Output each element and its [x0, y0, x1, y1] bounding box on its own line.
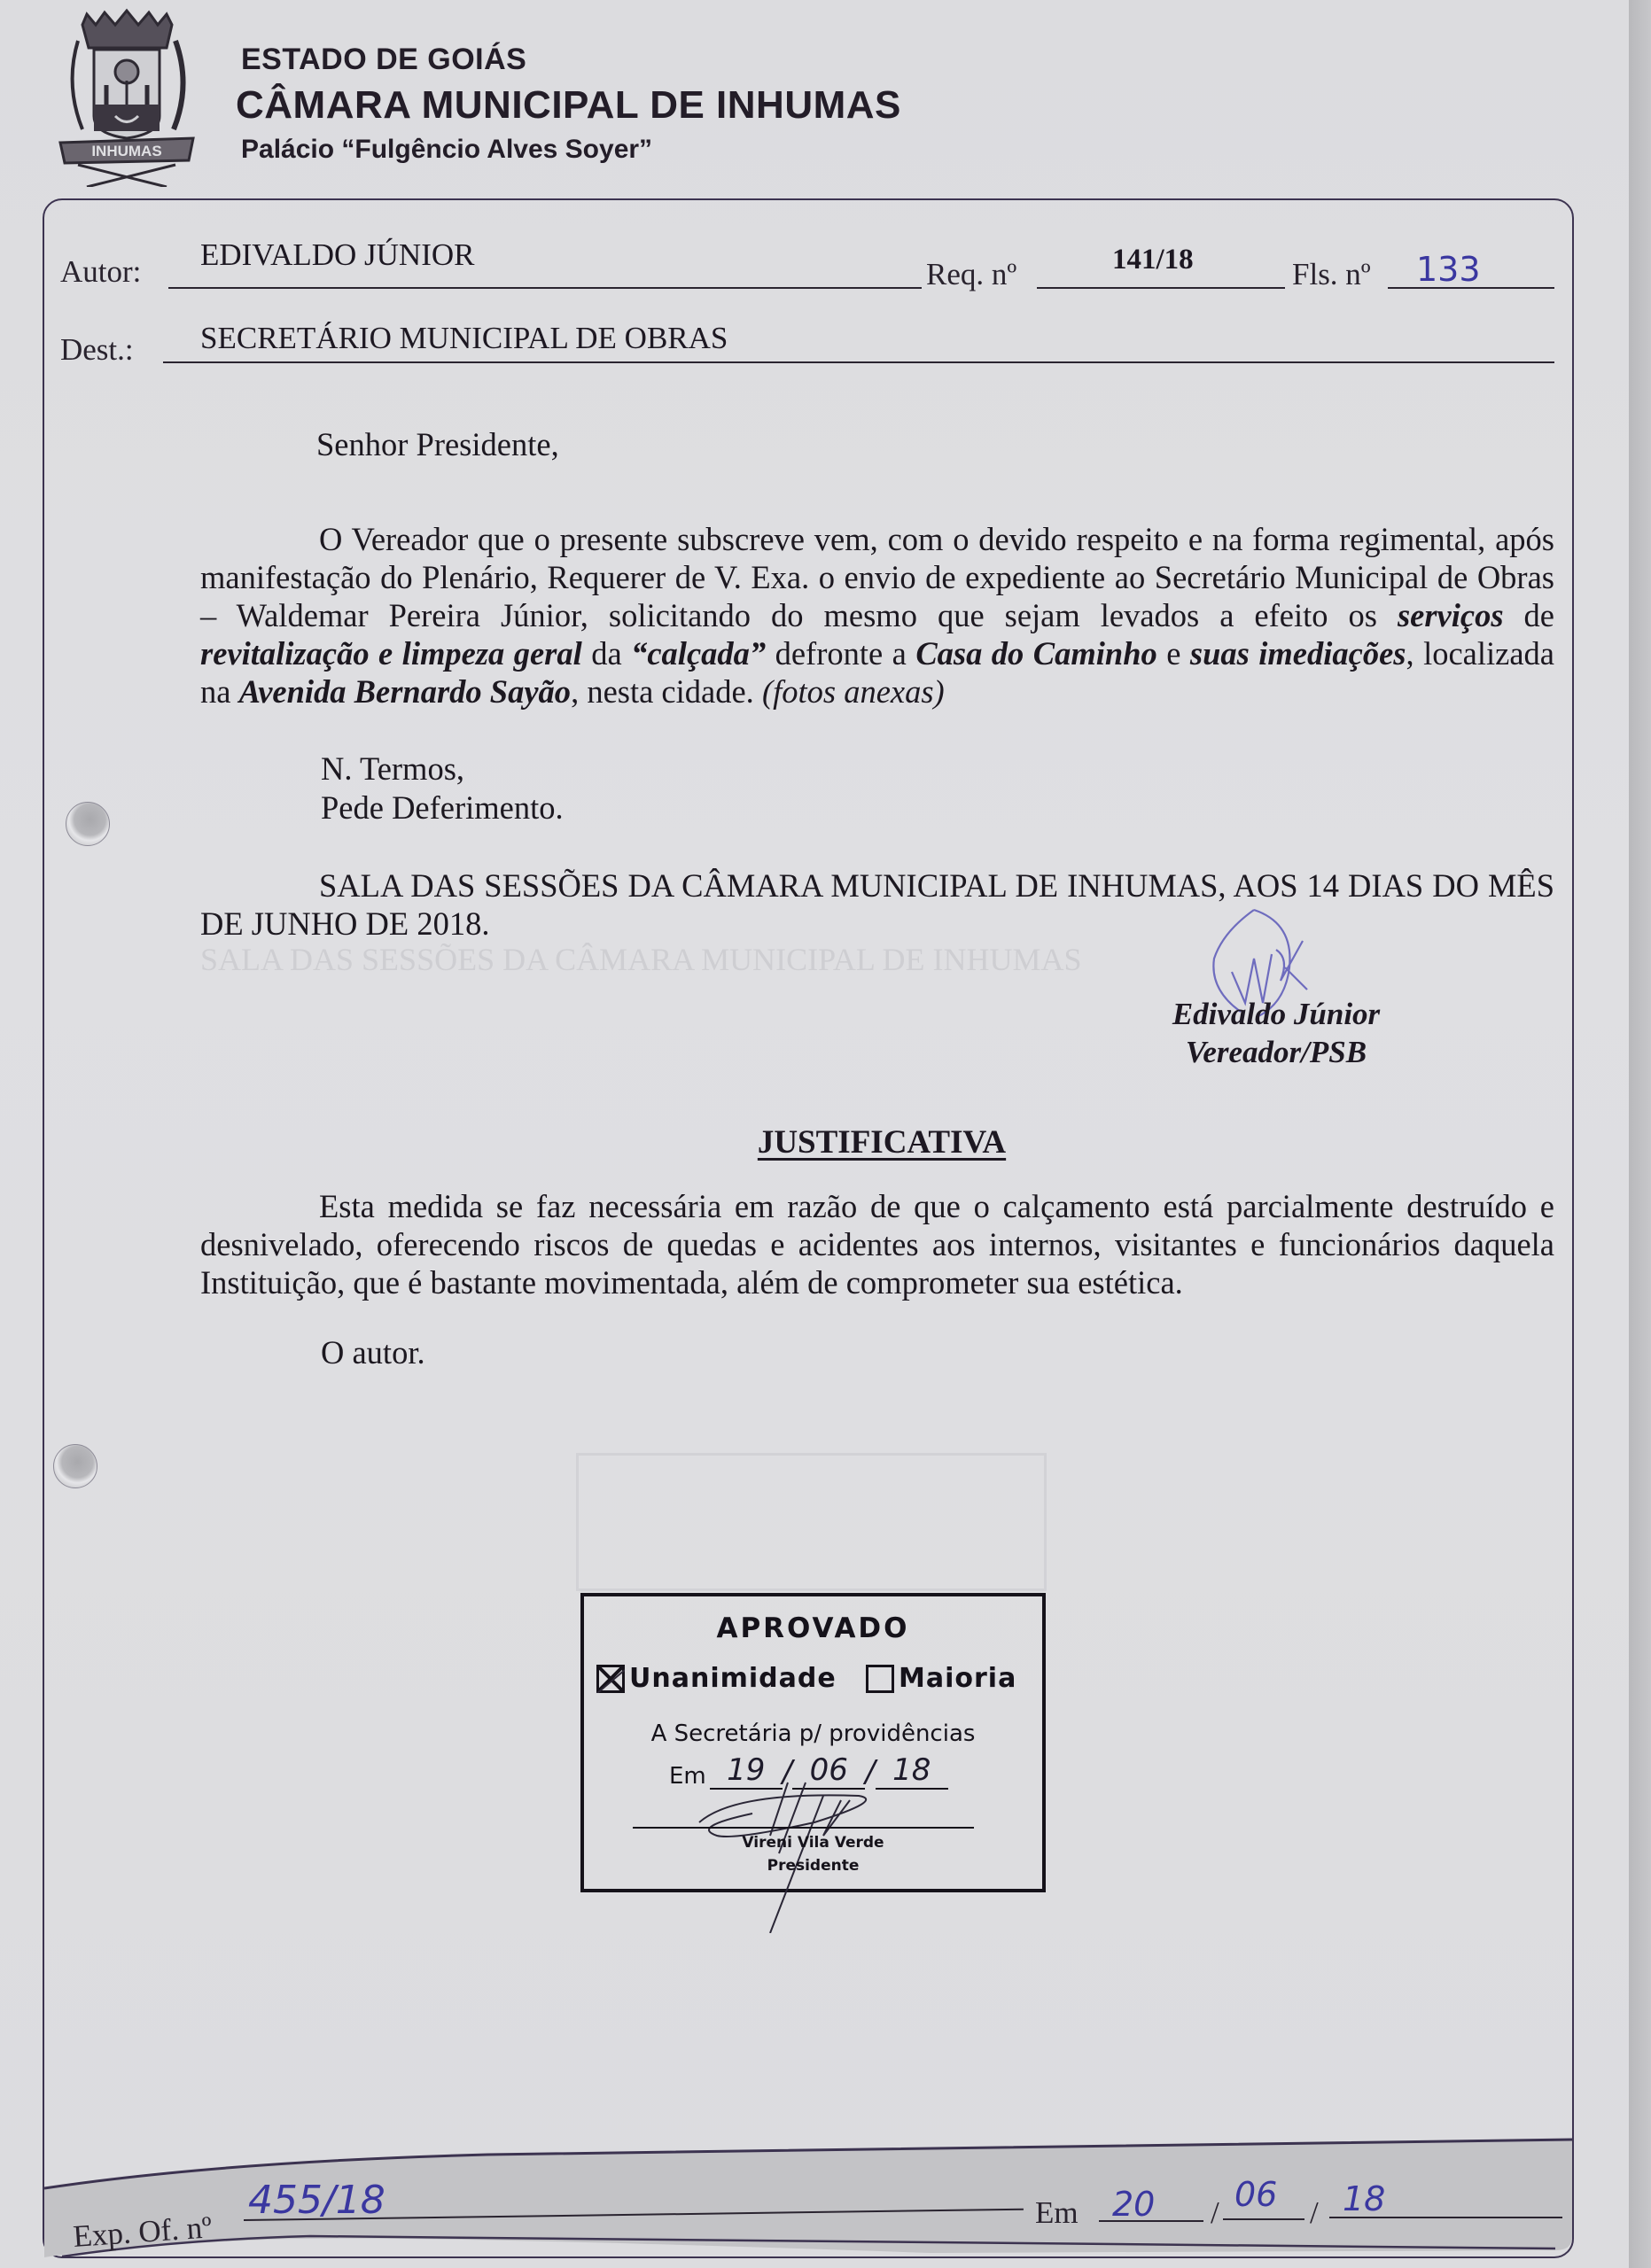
forward-instruction: A Secretária p/ providências: [584, 1720, 1042, 1747]
paragraph-run: O Vereador que o presente subscreve vem,…: [200, 521, 1554, 633]
dest-field-line: [163, 361, 1554, 363]
paragraph-run: “calçada”: [631, 635, 766, 672]
place-and-date: SALA DAS SESSÕES DA CÂMARA MUNICIPAL DE …: [200, 866, 1554, 943]
author-label: Autor:: [60, 254, 141, 290]
dest-value: SECRETÁRIO MUNICIPAL DE OBRAS: [200, 321, 728, 356]
majority-checkbox[interactable]: [866, 1665, 894, 1693]
footer-date-day: 20: [1112, 2185, 1155, 2224]
justification-title: JUSTIFICATIVA: [0, 1123, 1651, 1161]
paragraph-run: suas imediações: [1190, 635, 1406, 672]
paragraph-run: e: [1157, 635, 1190, 672]
fls-label: Fls. nº: [1292, 257, 1371, 292]
exp-value: 455/18: [248, 2178, 385, 2223]
closing-terms: N. Termos,: [321, 750, 464, 788]
author-note: O autor.: [321, 1333, 425, 1371]
request-paragraph: O Vereador que o presente subscreve vem,…: [200, 520, 1554, 711]
chamber-name: CÂMARA MUNICIPAL DE INHUMAS: [236, 83, 901, 128]
closing-request: Pede Deferimento.: [321, 788, 564, 827]
majority-option[interactable]: Maioria: [866, 1663, 1016, 1694]
president-role: Presidente: [584, 1857, 1042, 1875]
fls-value: 133: [1416, 250, 1481, 289]
president-signature: [681, 1774, 912, 1933]
justification-text: Esta medida se faz necessária em razão d…: [200, 1187, 1554, 1301]
footer-month-line: [1223, 2218, 1304, 2220]
salutation: Senhor Presidente,: [316, 425, 559, 463]
paragraph-run: Avenida Bernardo Sayão: [239, 673, 571, 710]
req-value: 141/18: [1112, 244, 1194, 276]
punch-hole: [66, 802, 110, 846]
paragraph-run: da: [582, 635, 631, 672]
signer-role: Vereador/PSB: [1125, 1035, 1427, 1070]
paragraph-run: de: [1504, 597, 1554, 633]
punch-hole: [53, 1444, 97, 1488]
svg-text:INHUMAS: INHUMAS: [91, 143, 161, 159]
req-label: Req. nº: [926, 257, 1016, 292]
paragraph-run: (fotos anexas): [762, 673, 945, 710]
paragraph-run: Casa do Caminho: [915, 635, 1156, 672]
president-name: Vireni Vila Verde: [584, 1834, 1042, 1852]
state-name: ESTADO DE GOIÁS: [241, 43, 526, 77]
unanimity-option[interactable]: Unanimidade: [596, 1663, 837, 1694]
author-field-line: [168, 287, 922, 289]
footer-date-label: Em: [1035, 2195, 1079, 2231]
paragraph-run: defronte a: [766, 635, 915, 672]
unanimity-label: Unanimidade: [629, 1663, 837, 1694]
majority-label: Maioria: [899, 1663, 1016, 1694]
signature-line: [633, 1827, 974, 1829]
palace-name: Palácio “Fulgêncio Alves Soyer”: [241, 135, 652, 165]
check-x-icon: [596, 1665, 625, 1693]
footer-date-month: 06: [1234, 2175, 1277, 2214]
footer-date-year: 18: [1343, 2179, 1385, 2218]
signer-name: Edivaldo Júnior: [1125, 997, 1427, 1032]
approval-stamp: APROVADO Unanimidade Maioria A Secretári…: [580, 1593, 1046, 1892]
dest-label: Dest.:: [60, 332, 134, 368]
req-field-line: [1037, 287, 1285, 289]
paragraph-run: serviços: [1398, 597, 1504, 633]
paragraph-run: , nesta cidade.: [571, 673, 762, 710]
coat-of-arms-icon: INHUMAS: [43, 5, 211, 187]
stamp-title: APROVADO: [584, 1612, 1042, 1644]
paragraph-run: revitalização e limpeza geral: [200, 635, 582, 672]
author-value: EDIVALDO JÚNIOR: [200, 237, 474, 273]
unanimity-checkbox[interactable]: [596, 1665, 625, 1693]
